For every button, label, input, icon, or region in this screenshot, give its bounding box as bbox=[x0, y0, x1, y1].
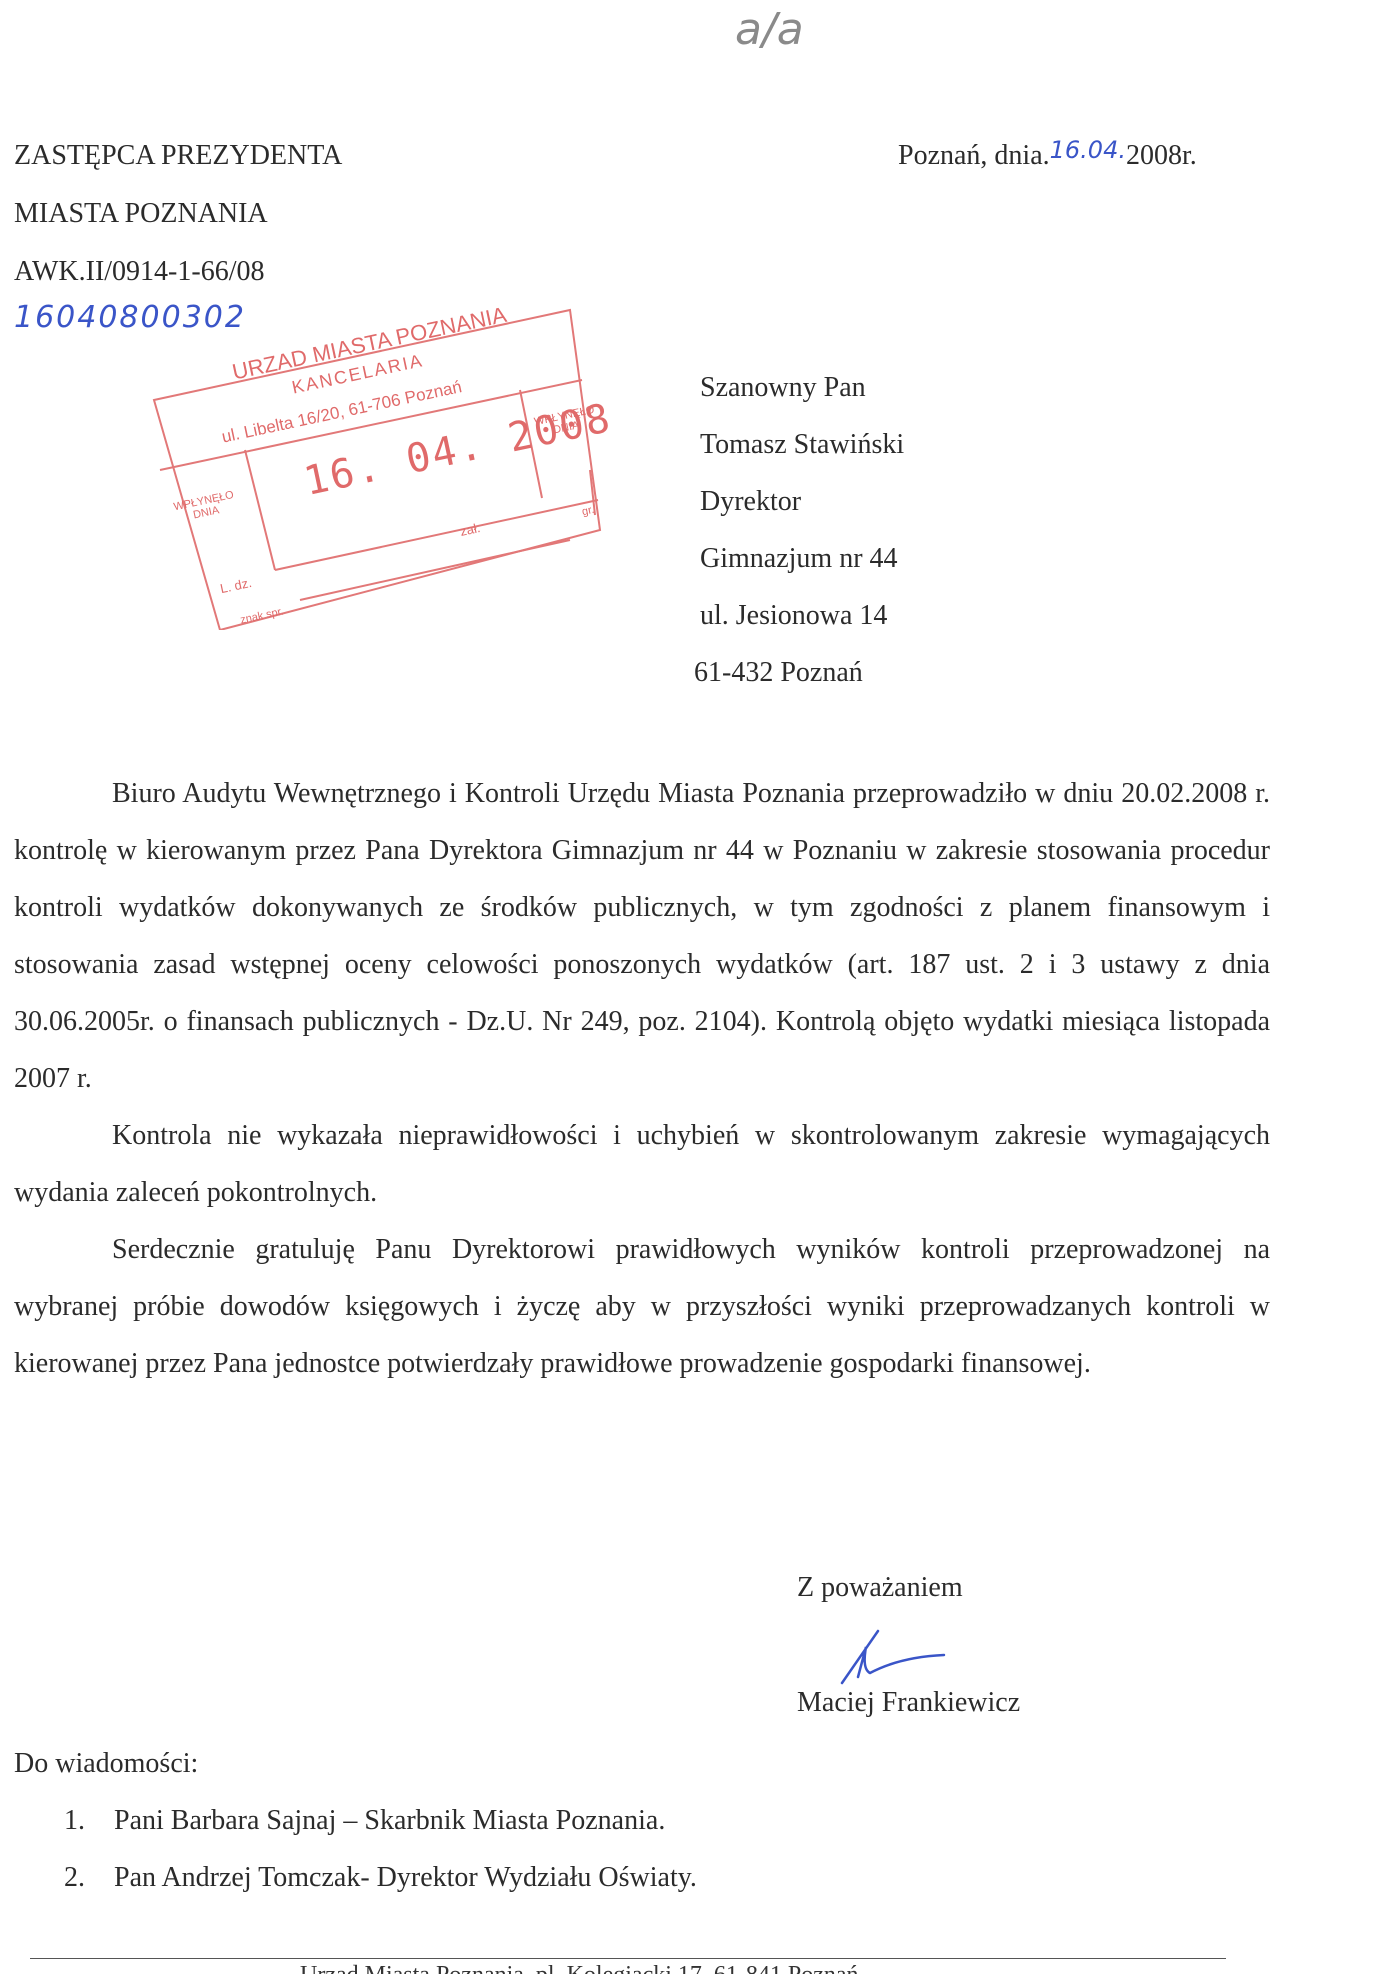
stamp-gr-label: gr. bbox=[581, 504, 595, 518]
body-paragraph-3: Serdecznie gratuluję Panu Dyrektorowi pr… bbox=[14, 1221, 1270, 1392]
recipient-position: Dyrektor bbox=[700, 486, 801, 518]
cc-item-1: 1.Pani Barbara Sajnaj – Skarbnik Miasta … bbox=[64, 1805, 665, 1837]
body-paragraph-2: Kontrola nie wykazała nieprawidłowości i… bbox=[14, 1107, 1270, 1221]
date-suffix: 2008r. bbox=[1126, 140, 1197, 171]
letter-body: Biuro Audytu Wewnętrznego i Kontroli Urz… bbox=[14, 765, 1270, 1392]
body-paragraph-1: Biuro Audytu Wewnętrznego i Kontroli Urz… bbox=[14, 765, 1270, 1107]
footer-divider bbox=[30, 1958, 1226, 1959]
date-line: Poznań, dnia.16.04.2008r. bbox=[898, 140, 1197, 172]
cc-item-2: 2.Pan Andrzej Tomczak- Dyrektor Wydziału… bbox=[64, 1862, 697, 1894]
footer-address: Urząd Miasta Poznania, pl. Kolegiacki 17… bbox=[300, 1962, 859, 1974]
cc-item-text: Pani Barbara Sajnaj – Skarbnik Miasta Po… bbox=[114, 1805, 665, 1836]
cc-item-text: Pan Andrzej Tomczak- Dyrektor Wydziału O… bbox=[114, 1862, 697, 1893]
sender-city: MIASTA POZNANIA bbox=[14, 198, 268, 230]
recipient-salutation: Szanowny Pan bbox=[700, 372, 866, 404]
date-prefix: Poznań, dnia. bbox=[898, 140, 1050, 171]
cc-heading: Do wiadomości: bbox=[14, 1748, 198, 1780]
registry-stamp: URZAD MIASTA POZNANIA KANCELARIA ul. Lib… bbox=[150, 300, 630, 630]
cc-item-number: 2. bbox=[64, 1862, 114, 1894]
closing-salutation: Z poważaniem bbox=[797, 1572, 963, 1604]
cc-item-number: 1. bbox=[64, 1805, 114, 1837]
handwritten-annotation: a/a bbox=[735, 4, 804, 55]
sender-title: ZASTĘPCA PREZYDENTA bbox=[14, 140, 342, 172]
recipient-street: ul. Jesionowa 14 bbox=[700, 600, 887, 632]
recipient-institution: Gimnazjum nr 44 bbox=[700, 543, 898, 575]
signature-icon bbox=[840, 1625, 950, 1685]
reference-number: AWK.II/0914-1-66/08 bbox=[14, 256, 264, 288]
handwritten-date: 16.04. bbox=[1050, 136, 1126, 164]
signatory-name: Maciej Frankiewicz bbox=[797, 1687, 1020, 1719]
recipient-postcode-city: 61-432 Poznań bbox=[694, 657, 863, 689]
recipient-name: Tomasz Stawiński bbox=[700, 429, 904, 461]
